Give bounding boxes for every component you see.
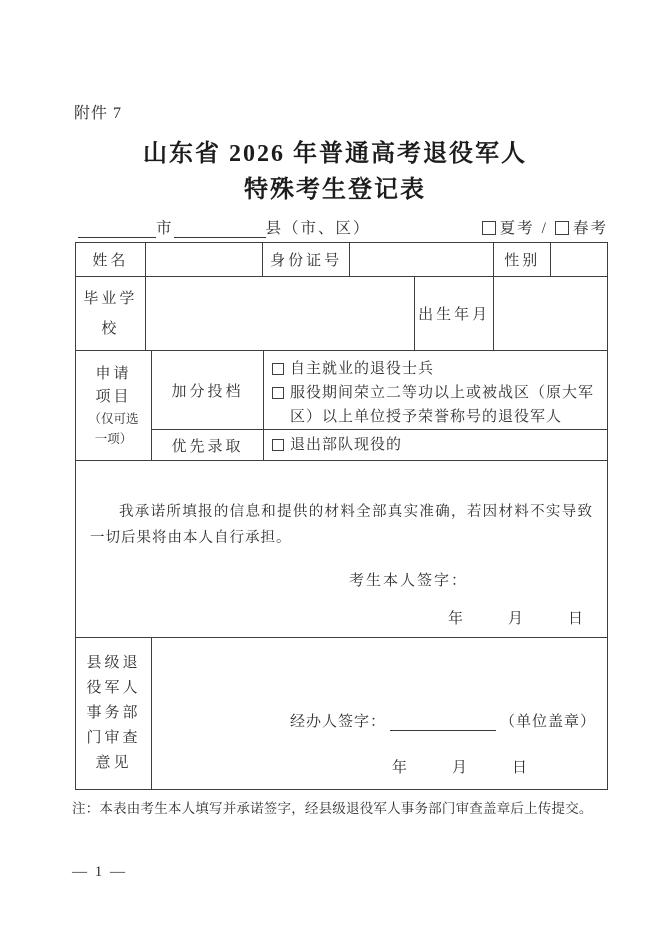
priority-option-1-checkbox-icon [272, 439, 284, 451]
id-number-value-cell [350, 243, 494, 276]
name-value-cell [146, 243, 264, 276]
handler-signature-blank-line [390, 713, 496, 731]
school-label-line1: 毕业学 [83, 284, 137, 314]
review-label-line2: 役军人 [86, 676, 140, 701]
table-row-school: 毕业学 校 出生年月 [76, 277, 607, 351]
document-page: 附件 7 山东省 2026 年普通高考退役军人 特殊考生登记表 市县（市、区） … [0, 0, 670, 932]
bonus-option-2: 服役期间荣立二等功以上或被战区（原大军区）以上单位授予荣誉称号的退役军人 [272, 381, 599, 429]
spring-exam-checkbox-icon [555, 221, 569, 235]
handler-signature-label: 经办人签字： [290, 710, 386, 731]
apply-note-line1: （仅可选 [88, 409, 138, 429]
apply-note-line2: 一项） [95, 429, 133, 449]
table-row-pledge: 我承诺所填报的信息和提供的材料全部真实准确，若因材料不实导致一切后果将由本人自行… [76, 461, 607, 638]
bonus-option-2-text: 服役期间荣立二等功以上或被战区（原大军区）以上单位授予荣誉称号的退役军人 [290, 381, 599, 429]
pledge-text: 我承诺所填报的信息和提供的材料全部真实准确，若因材料不实导致一切后果将由本人自行… [76, 461, 607, 551]
table-row-review: 县级退 役军人 事务部 门审查 意见 经办人签字： （单位盖章） 年 月 日 [76, 638, 607, 789]
summer-exam-label: 夏考 [500, 216, 535, 238]
id-number-label: 身份证号 [263, 243, 350, 276]
form-title: 山东省 2026 年普通高考退役军人 特殊考生登记表 [0, 136, 670, 208]
gender-label: 性别 [494, 243, 551, 276]
spring-exam-label: 春考 [573, 216, 608, 238]
review-label-line5: 意见 [95, 751, 131, 776]
bonus-options: 自主就业的退役士兵 服役期间荣立二等功以上或被战区（原大军区）以上单位授予荣誉称… [264, 351, 607, 429]
apply-items-label: 申请 项目 （仅可选 一项） [76, 351, 152, 460]
bonus-option-1-checkbox-icon [272, 363, 284, 375]
attachment-label: 附件 7 [74, 100, 122, 123]
apply-label-line2: 项目 [95, 386, 131, 409]
review-date-line: 年 月 日 [392, 756, 527, 777]
gender-value-cell [551, 243, 607, 276]
city-blank-line [78, 218, 156, 238]
bonus-option-1-text: 自主就业的退役士兵 [290, 357, 434, 381]
bonus-option-2-checkbox-icon [272, 387, 284, 399]
registration-table: 姓名 身份证号 性别 毕业学 校 出生年月 申请 项目 （仅可选 一项） [75, 242, 608, 790]
priority-subrow: 优先录取 退出部队现役的 [152, 430, 607, 460]
summer-exam-checkbox-icon [482, 221, 496, 235]
city-label: 市 [156, 216, 174, 238]
bonus-option-1: 自主就业的退役士兵 [272, 357, 599, 381]
priority-options: 退出部队现役的 [264, 430, 607, 460]
footnote: 注：本表由考生本人填写并承诺签字，经县级退役军人事务部门审查盖章后上传提交。 [72, 799, 612, 819]
apply-label-line1: 申请 [95, 363, 131, 386]
priority-label: 优先录取 [152, 430, 264, 460]
review-label-line4: 门审查 [86, 726, 140, 751]
review-body-cell: 经办人签字： （单位盖章） 年 月 日 [152, 638, 607, 789]
exam-type-options: 夏考/春考 [482, 216, 608, 238]
school-value-cell [146, 277, 415, 350]
unit-seal-label: （单位盖章） [500, 710, 596, 731]
bonus-subrow: 加分投档 自主就业的退役士兵 服役期间荣立二等功以上或被战区（原大军区）以上单位… [152, 351, 607, 430]
review-label-line3: 事务部 [86, 701, 140, 726]
table-row-apply-items: 申请 项目 （仅可选 一项） 加分投档 自主就业的退役士兵 服役期间荣 [76, 351, 607, 461]
county-label: 县（市、区） [266, 216, 371, 238]
county-blank-line [174, 218, 266, 238]
school-label-line2: 校 [101, 314, 119, 344]
apply-items-body: 加分投档 自主就业的退役士兵 服役期间荣立二等功以上或被战区（原大军区）以上单位… [152, 351, 607, 460]
review-label: 县级退 役军人 事务部 门审查 意见 [76, 638, 152, 789]
handler-signature-row: 经办人签字： （单位盖章） [290, 710, 596, 731]
region-exam-line: 市县（市、区） 夏考/春考 [78, 212, 608, 238]
form-title-line1: 山东省 2026 年普通高考退役军人 [0, 136, 670, 172]
school-label: 毕业学 校 [76, 277, 146, 350]
region-fields: 市县（市、区） [78, 216, 371, 238]
name-label: 姓名 [76, 243, 146, 276]
exam-separator: / [542, 220, 548, 238]
birth-date-value-cell [494, 277, 607, 350]
pledge-date-line: 年 月 日 [448, 607, 583, 628]
priority-option-1-text: 退出部队现役的 [290, 433, 402, 457]
birth-date-label: 出生年月 [415, 277, 495, 350]
form-title-line2: 特殊考生登记表 [0, 172, 670, 208]
candidate-signature-label: 考生本人签字： [349, 569, 468, 590]
page-number: — 1 — [72, 864, 127, 881]
table-row-identity: 姓名 身份证号 性别 [76, 243, 607, 277]
bonus-label: 加分投档 [152, 351, 264, 429]
priority-option-1: 退出部队现役的 [272, 433, 599, 457]
review-label-line1: 县级退 [86, 651, 140, 676]
